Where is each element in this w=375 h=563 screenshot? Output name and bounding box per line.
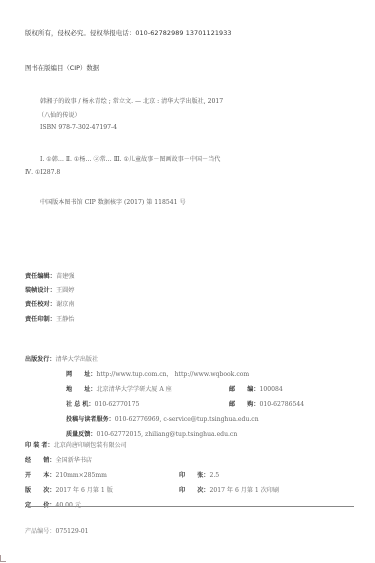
credit-label: 装帧设计： <box>25 287 56 294</box>
product-code-value: 075129-01 <box>55 528 88 535</box>
cip-series-line: （八仙的传说） <box>38 110 81 119</box>
cip-classification-line-2: Ⅳ. ①I287.8 <box>25 169 60 176</box>
mail-order-value: 010-62786544 <box>259 401 304 408</box>
credit-label: 责任校对： <box>25 301 56 308</box>
impression-label: 印 次： <box>179 487 209 494</box>
cip-title-line: 韩湘子的故事 / 杨永青绘 ; 常立文. — 北京 : 清华大学出版社, 201… <box>40 96 223 105</box>
product-code-row: 产品编号：075129-01 <box>25 518 89 537</box>
credit-designer: 装帧设计：王圆婷 <box>25 285 75 294</box>
credit-proofreader: 责任校对：谢京南 <box>25 299 75 308</box>
credit-printing-supervisor: 责任印制：王静怡 <box>25 314 75 323</box>
credit-value: 苗建强 <box>56 273 75 280</box>
credit-label: 责任印制： <box>25 316 56 323</box>
publisher-label: 出版发行： <box>25 356 55 363</box>
impression-value: 2017 年 6 月第 1 次印刷 <box>209 487 279 494</box>
credit-editor: 责任编辑：苗建强 <box>25 271 75 280</box>
cip-isbn-line: ISBN 978-7-302-47197-4 <box>40 124 117 131</box>
credit-label: 责任编辑： <box>25 273 56 280</box>
credit-value: 王静怡 <box>56 316 75 323</box>
crop-mark-icon <box>0 555 6 562</box>
cip-classification-line: Ⅰ. ①韩… Ⅱ. ①杨… ②常… Ⅲ. ①儿童故事－图画故事－中国－当代 <box>40 154 220 163</box>
copyright-notice: 版权所有，侵权必究。侵权举报电话：010-62782989 1370112193… <box>25 28 232 37</box>
section-divider <box>25 506 354 507</box>
credit-value: 王圆婷 <box>56 287 75 294</box>
price-row: 定 价：40.00 元 <box>25 492 81 511</box>
credit-value: 谢京南 <box>56 301 75 308</box>
cip-record-number: 中国版本图书馆 CIP 数据核字 (2017) 第 118541 号 <box>40 197 186 206</box>
cip-title: 图书在版编目（CIP）数据 <box>25 63 99 72</box>
impression-row: 印 次：2017 年 6 月第 1 次印刷 <box>179 477 279 496</box>
product-code-label: 产品编号： <box>25 528 55 535</box>
